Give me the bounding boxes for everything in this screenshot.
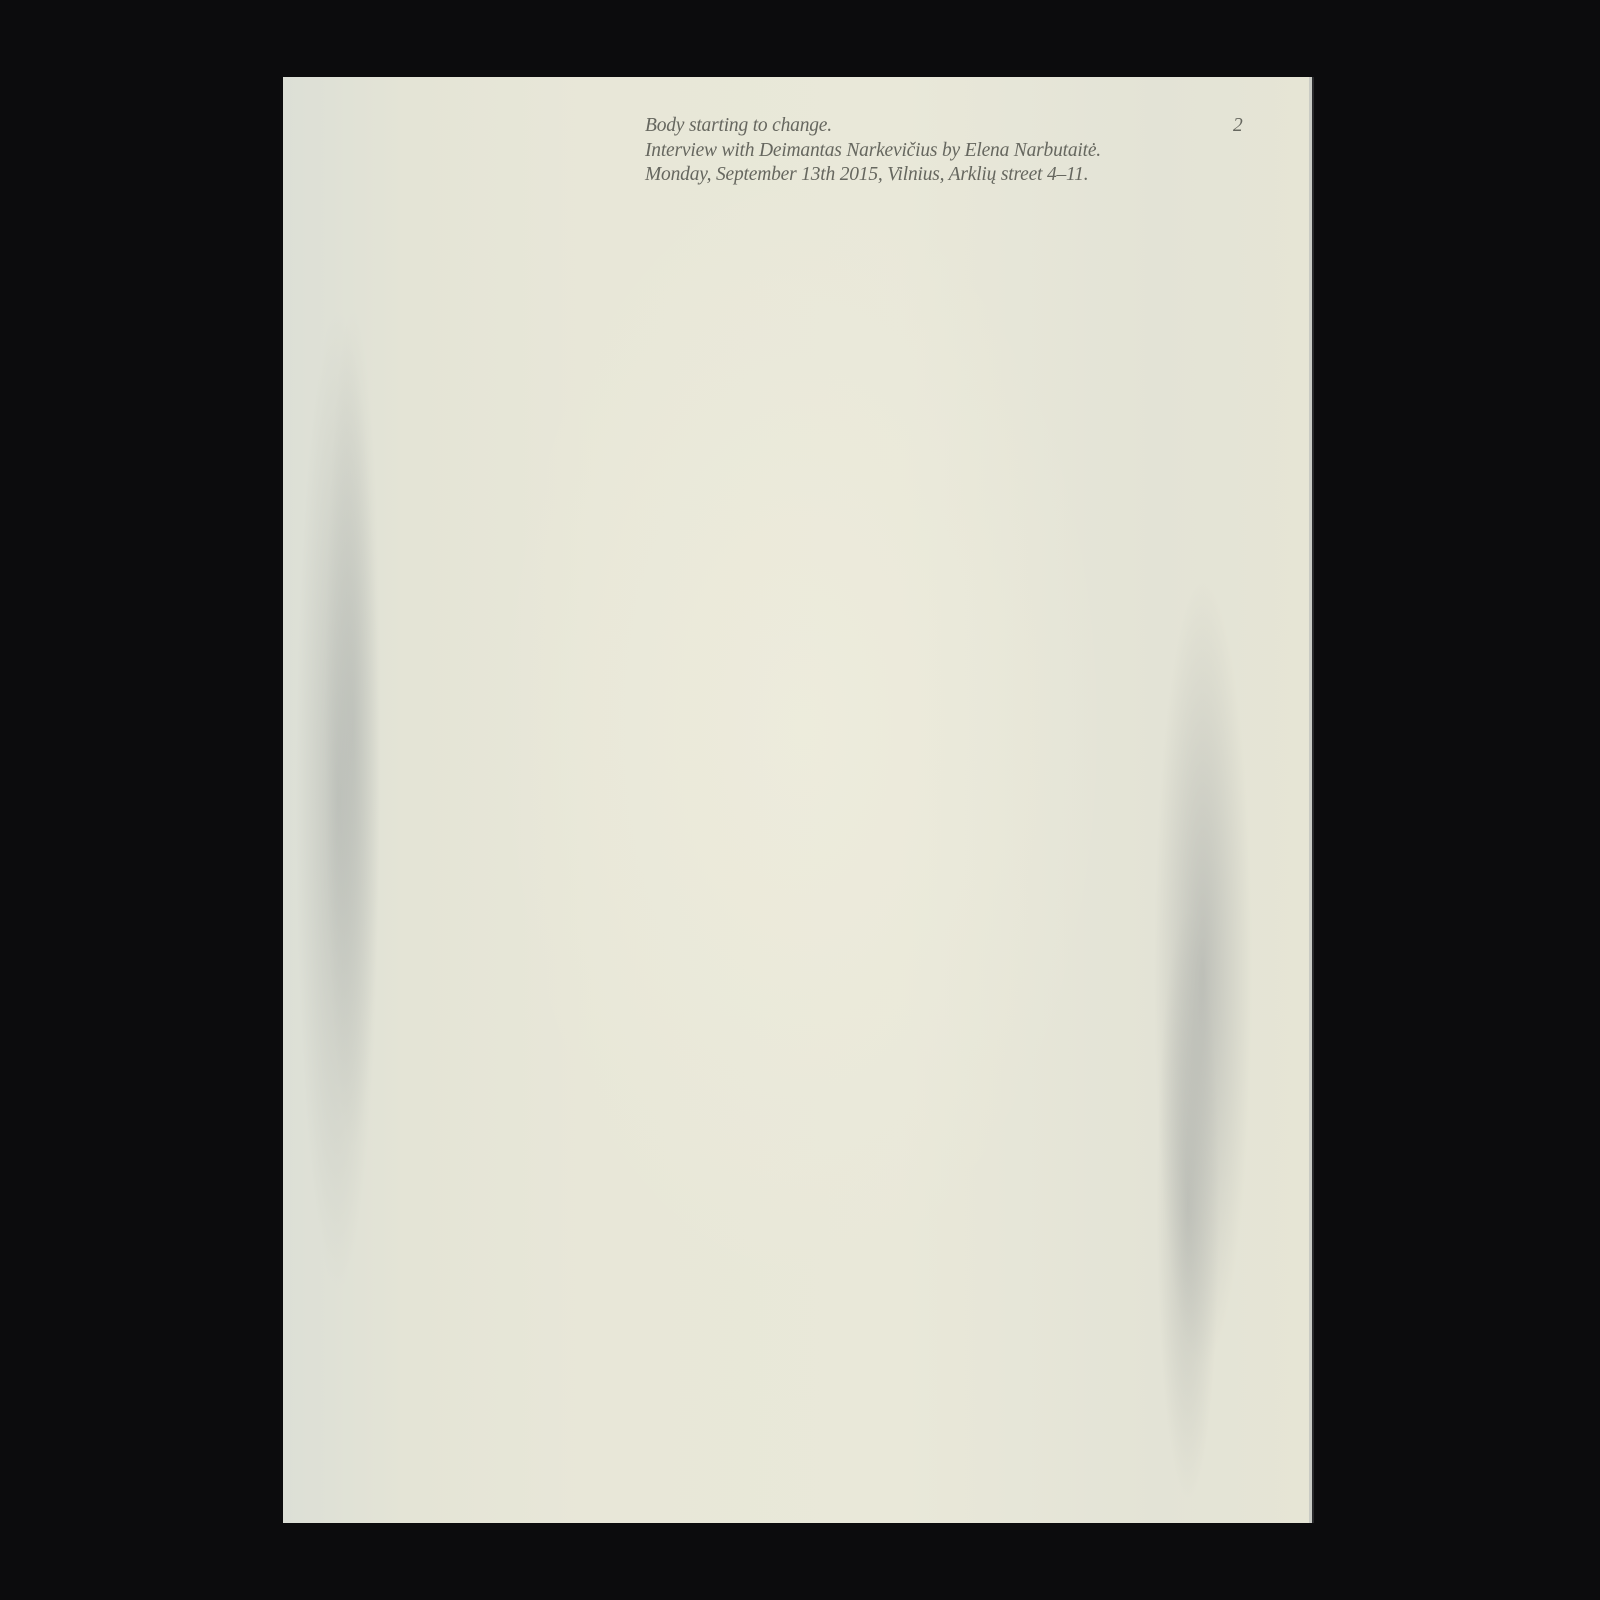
- page-edge: [1312, 77, 1314, 1523]
- page-number: 2: [1233, 114, 1243, 139]
- header-date-place: Monday, September 13th 2015, Vilnius, Ar…: [645, 163, 1205, 188]
- header-title: Body starting to change.: [645, 114, 1205, 139]
- header-subtitle: Interview with Deimantas Narkevičius by …: [645, 139, 1205, 164]
- document-page: Body starting to change. Interview with …: [283, 77, 1312, 1523]
- page-header: Body starting to change. Interview with …: [645, 114, 1205, 188]
